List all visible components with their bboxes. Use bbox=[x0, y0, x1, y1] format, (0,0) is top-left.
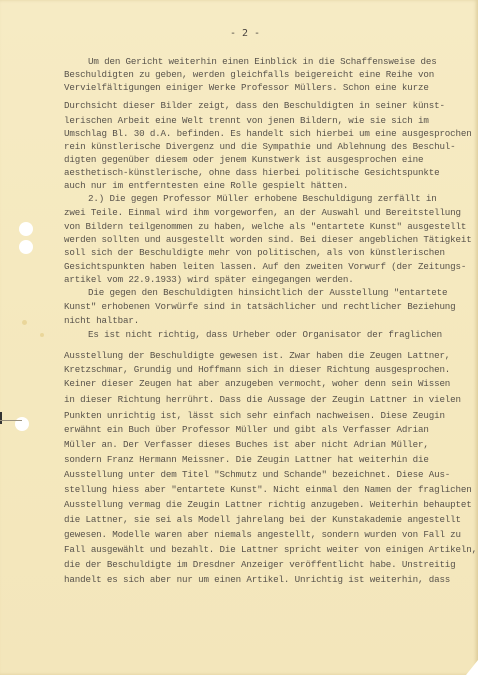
text-line: werden sollten und ausgestellt worden si… bbox=[64, 234, 472, 245]
text-line: sondern Franz Hermann Meissner. Die Zeug… bbox=[64, 454, 429, 465]
paper-stain bbox=[40, 333, 44, 337]
text-line: Kunst" erhobenen Vorwürfe sind in tatsäc… bbox=[64, 301, 456, 312]
text-line: Gesichtspunkten haben leiten lassen. Auf… bbox=[64, 261, 466, 272]
text-line: Punkten unrichtig ist, lässt sich sehr e… bbox=[64, 410, 445, 421]
text-line: Ausstellung vermag die Zeugin Lattner ri… bbox=[64, 499, 472, 510]
text-line: handelt es sich aber nur um einen Artike… bbox=[64, 574, 450, 585]
text-line: die Lattner, sie sei als Modell jahrelan… bbox=[64, 514, 461, 525]
text-line: Die gegen den Beschuldigten hinsichtlich… bbox=[88, 287, 447, 298]
text-line: Müller an. Der Verfasser dieses Buches i… bbox=[64, 439, 429, 450]
text-line: 2.) Die gegen Professor Müller erhobene … bbox=[88, 193, 437, 204]
text-line: Vervielfältigungen einiger Werke Profess… bbox=[64, 82, 429, 93]
text-line: Es ist nicht richtig, dass Urheber oder … bbox=[88, 329, 442, 340]
margin-mark bbox=[0, 412, 2, 424]
text-line: rein künstlerische Divergenz und die Sym… bbox=[64, 141, 456, 152]
text-line: zwei Teile. Einmal wird ihm vorgeworfen,… bbox=[64, 207, 461, 218]
text-line: Durchsicht dieser Bilder zeigt, dass den… bbox=[64, 100, 445, 111]
punch-hole bbox=[19, 222, 33, 236]
text-line: Kretzschmar, Grundig und Hoffmann sich i… bbox=[64, 364, 450, 375]
text-line: Ausstellung unter dem Titel "Schmutz und… bbox=[64, 469, 450, 480]
text-line: stellung hiess aber "entartete Kunst". N… bbox=[64, 484, 472, 495]
fold-line bbox=[0, 420, 22, 421]
text-line: Umschlag Bl. 30 d.A. befinden. Es handel… bbox=[64, 128, 472, 139]
text-line: Um den Gericht weiterhin einen Einblick … bbox=[88, 56, 437, 67]
text-line: Beschuldigten zu geben, werden gleichfal… bbox=[64, 69, 434, 80]
text-line: Keiner dieser Zeugen hat aber anzugeben … bbox=[64, 378, 450, 389]
text-line: Ausstellung der Beschuldigte gewesen ist… bbox=[64, 350, 450, 361]
text-line: Fall ausgewählt und bezahlt. Die Lattner… bbox=[64, 544, 477, 555]
text-line: nicht haltbar. bbox=[64, 315, 139, 326]
text-line: von Bildern teilgenommen zu haben, welch… bbox=[64, 221, 466, 232]
text-line: digten gegenüber diesem oder jenem Kunst… bbox=[64, 154, 423, 165]
text-line: erwähnt ein Buch über Professor Müller u… bbox=[64, 424, 429, 435]
text-line: soll sich der Beschuldigte mehr von poli… bbox=[64, 247, 445, 258]
paper-stain bbox=[22, 320, 27, 325]
text-line: die der Beschuldigte im Dresdner Anzeige… bbox=[64, 559, 456, 570]
text-line: gewesen. Modelle waren aber niemals ange… bbox=[64, 529, 461, 540]
text-line: lerischen Arbeit eine Welt trennt von je… bbox=[64, 115, 429, 126]
text-line: auch nur im entferntesten eine Rolle ges… bbox=[64, 180, 348, 191]
page-number: - 2 - bbox=[0, 28, 490, 39]
punch-hole bbox=[19, 240, 33, 254]
text-line: in dieser Richtung herrührt. Dass die Au… bbox=[64, 394, 461, 405]
text-line: aesthetisch-künstlerische, ohne dass hie… bbox=[64, 167, 439, 178]
text-line: artikel vom 22.9.1933) wird später einge… bbox=[64, 274, 354, 285]
